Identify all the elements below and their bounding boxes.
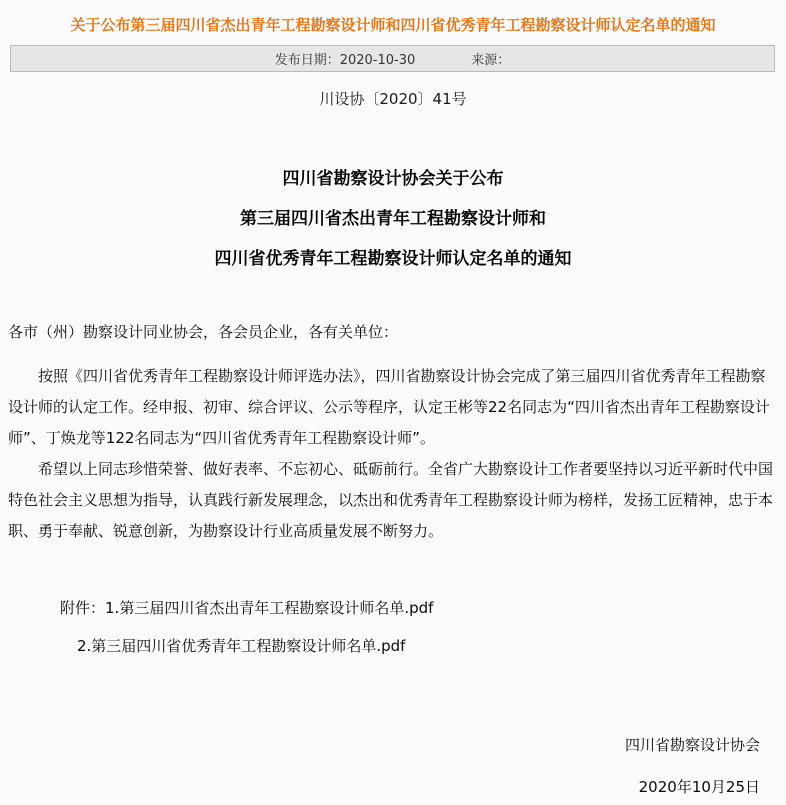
attachment-row-2: 2.第三届四川省优秀青年工程勘察设计师名单.pdf (77, 627, 776, 665)
publish-date-label: 发布日期： (275, 53, 340, 68)
attachments-label: 附件： (60, 599, 105, 617)
signature-block: 四川省勘察设计协会 2020年10月25日 (8, 735, 776, 798)
attachment-link-2[interactable]: 2.第三届四川省优秀青年工程勘察设计师名单.pdf (77, 637, 405, 655)
paragraph-1: 按照《四川省优秀青年工程勘察设计师评选办法》，四川省勘察设计协会完成了第三届四川… (8, 361, 776, 454)
publish-date: 发布日期：2020-10-30 (275, 49, 416, 68)
document-number: 川设协〔2020〕41号 (0, 89, 786, 110)
paragraph-2: 希望以上同志珍惜荣誉、做好表率、不忘初心、砥砺前行。全省广大勘察设计工作者要坚持… (8, 454, 776, 547)
meta-bar: 发布日期：2020-10-30 来源： (10, 45, 775, 72)
notice-page: 关于公布第三届四川省杰出青年工程勘察设计师和四川省优秀青年工程勘察设计师认定名单… (0, 0, 786, 805)
attachment-link-1[interactable]: 1.第三届四川省杰出青年工程勘察设计师名单.pdf (105, 599, 433, 617)
signature-org: 四川省勘察设计协会 (8, 735, 760, 756)
signature-date: 2020年10月25日 (8, 777, 760, 798)
notice-heading: 四川省勘察设计协会关于公布 第三届四川省杰出青年工程勘察设计师和 四川省优秀青年… (0, 159, 786, 279)
heading-line-1: 四川省勘察设计协会关于公布 (0, 159, 786, 199)
heading-line-3: 四川省优秀青年工程勘察设计师认定名单的通知 (0, 239, 786, 279)
attachments-section: 附件：1.第三届四川省杰出青年工程勘察设计师名单.pdf 2.第三届四川省优秀青… (60, 589, 776, 665)
notice-body: 各市（州）勘察设计同业协会，各会员企业，各有关单位： 按照《四川省优秀青年工程勘… (8, 317, 776, 798)
page-title: 关于公布第三届四川省杰出青年工程勘察设计师和四川省优秀青年工程勘察设计师认定名单… (0, 0, 786, 36)
source-label: 来源： (471, 49, 510, 68)
attachment-row-1: 附件：1.第三届四川省杰出青年工程勘察设计师名单.pdf (60, 589, 776, 627)
heading-line-2: 第三届四川省杰出青年工程勘察设计师和 (0, 199, 786, 239)
salutation: 各市（州）勘察设计同业协会，各会员企业，各有关单位： (8, 317, 776, 348)
publish-date-value: 2020-10-30 (340, 53, 416, 68)
